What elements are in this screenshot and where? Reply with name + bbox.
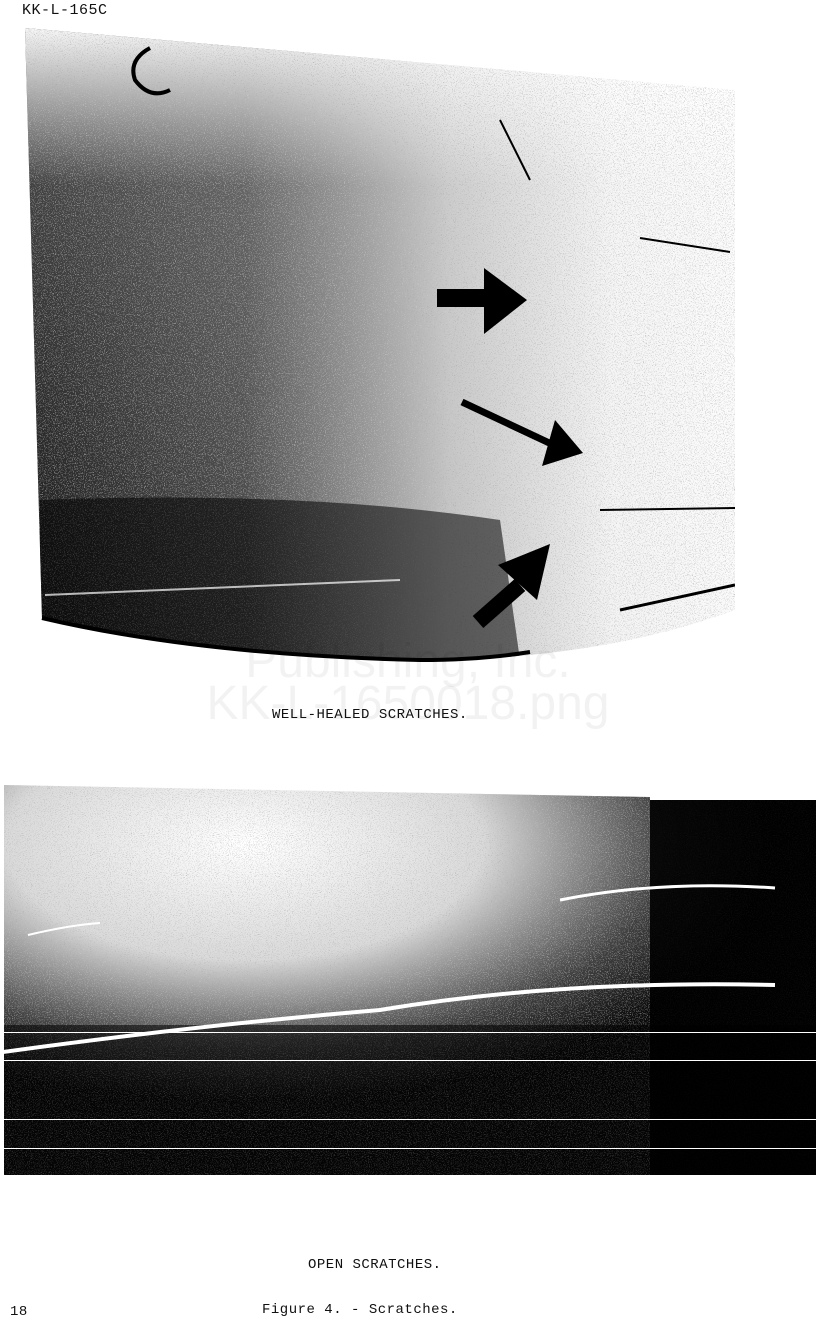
caption-open-scratches: OPEN SCRATCHES. [308, 1257, 442, 1273]
document-id-label: KK-L-165C [22, 2, 108, 19]
photo-open-scratches [0, 785, 816, 1180]
photo-well-healed-scratches [0, 20, 816, 680]
caption-well-healed-scratches: WELL-HEALED SCRATCHES. [272, 707, 468, 723]
page-number: 18 [10, 1304, 28, 1320]
figure-title: Figure 4. - Scratches. [262, 1302, 458, 1318]
